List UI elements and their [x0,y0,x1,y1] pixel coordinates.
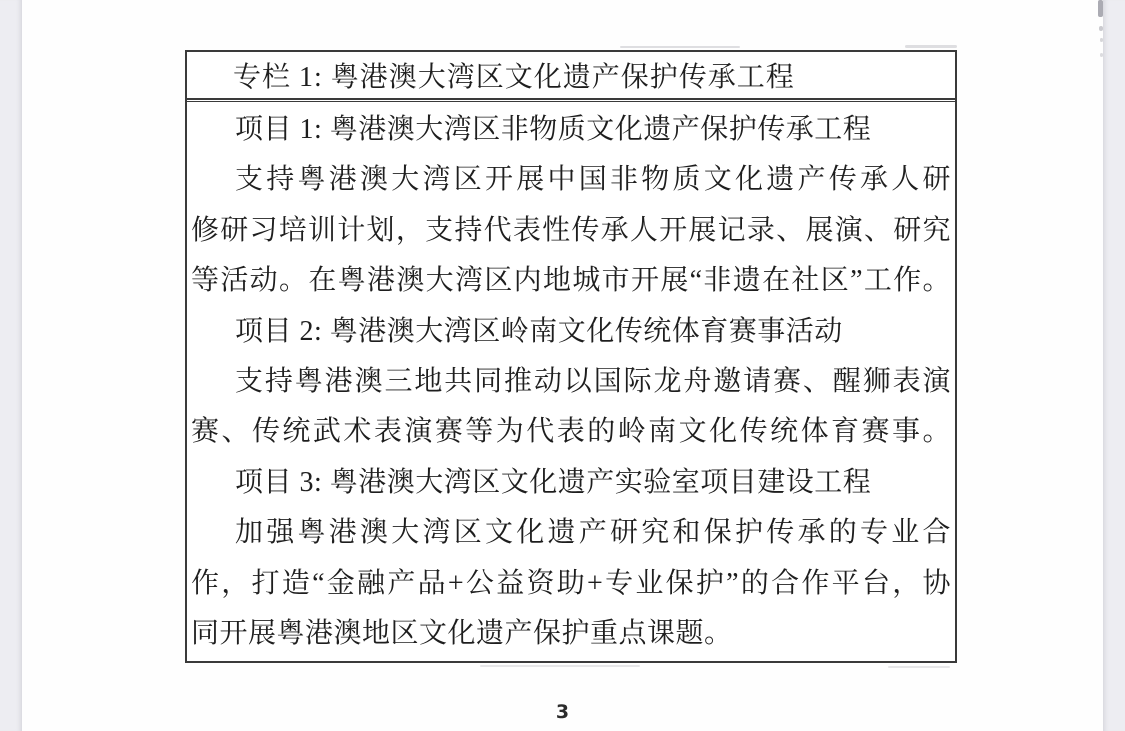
scan-smudge [1100,38,1103,42]
body-text-line: 支持粤港澳大湾区开展中国非物质文化遗产传承人研 [191,155,951,205]
column-box-title: 专栏 1: 粤港澳大湾区文化遗产保护传承工程 [187,52,955,100]
scan-artifact [888,666,950,668]
body-text-line: 等活动。在粤港澳大湾区内地城市开展“非遗在社区”工作。 [191,256,951,306]
scan-artifact [905,45,957,48]
scan-smudge [1099,26,1103,31]
body-text-line: 作，打造“金融产品+公益资助+专业保护”的合作平台，协 [191,559,951,609]
page-number: 3 [0,701,1125,723]
body-text-line: 同开展粤港澳地区文化遗产保护重点课题。 [191,609,951,659]
scan-smudge [1098,0,1103,17]
viewer-right-gutter [1103,0,1125,731]
body-text-line: 修研习培训计划，支持代表性传承人开展记录、展演、研究 [191,206,951,256]
scan-smudge [1100,53,1103,57]
project-2-title: 项目 2: 粤港澳大湾区岭南文化传统体育赛事活动 [191,307,951,357]
column-box: 专栏 1: 粤港澳大湾区文化遗产保护传承工程 项目 1: 粤港澳大湾区非物质文化… [185,50,957,663]
scan-artifact [480,665,640,667]
body-text-line: 支持粤港澳三地共同推动以国际龙舟邀请赛、醒狮表演 [191,357,951,407]
body-text-line: 加强粤港澳大湾区文化遗产研究和保护传承的专业合 [191,508,951,558]
project-1-title: 项目 1: 粤港澳大湾区非物质文化遗产保护传承工程 [191,105,951,155]
scanned-document-page: { "page": { "number": "3" }, "panel": { … [0,0,1125,731]
project-3-title: 项目 3: 粤港澳大湾区文化遗产实验室项目建设工程 [191,458,951,508]
scan-artifact [620,46,740,48]
column-box-body: 项目 1: 粤港澳大湾区非物质文化遗产保护传承工程 支持粤港澳大湾区开展中国非物… [187,102,955,661]
viewer-left-gutter [0,0,22,731]
body-text-line: 赛、传统武术表演赛等为代表的岭南文化传统体育赛事。 [191,407,951,457]
